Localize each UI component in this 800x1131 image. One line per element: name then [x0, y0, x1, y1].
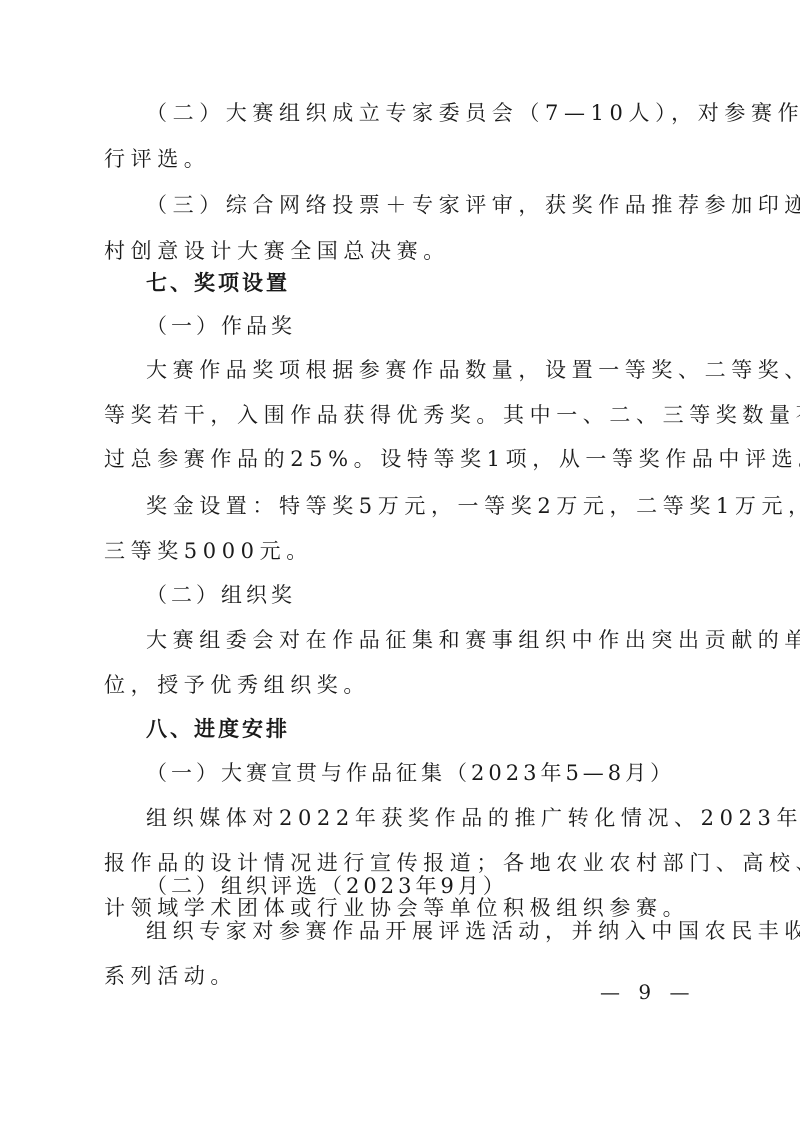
- subsection-heading: （二）组织评选（2023年9月）: [146, 873, 746, 899]
- subsection-heading: （一）作品奖: [146, 313, 746, 339]
- section-heading-7: 七、奖项设置: [146, 270, 746, 296]
- section-heading-8: 八、进度安排: [146, 716, 746, 742]
- document-page: （二）大赛组织成立专家委员会（7—10人），对参赛作品进 行评选。 （三）综合网…: [0, 0, 800, 1131]
- page-number: — 9 —: [600, 980, 695, 1004]
- paragraph-line: 位，授予优秀组织奖。: [104, 672, 704, 698]
- paragraph-line: 组织专家对参赛作品开展评选活动，并纳入中国农民丰收节: [146, 918, 746, 944]
- paragraph-line: 过总参赛作品的25%。设特等奖1项，从一等奖作品中评选。: [104, 446, 704, 472]
- paragraph-line: 三等奖5000元。: [104, 538, 704, 564]
- subsection-heading: （一）大赛宣贯与作品征集（2023年5—8月）: [146, 760, 746, 786]
- paragraph-line: 大赛组委会对在作品征集和赛事组织中作出突出贡献的单: [146, 627, 746, 653]
- paragraph-line: 奖金设置：特等奖5万元，一等奖2万元，二等奖1万元，: [146, 493, 746, 519]
- subsection-heading: （二）组织奖: [146, 582, 746, 608]
- paragraph-line: 村创意设计大赛全国总决赛。: [104, 238, 704, 264]
- paragraph-line: （二）大赛组织成立专家委员会（7—10人），对参赛作品进: [146, 100, 746, 126]
- paragraph-line: 行评选。: [104, 146, 704, 172]
- paragraph-line: （三）综合网络投票＋专家评审，获奖作品推荐参加印迹乡: [146, 192, 746, 218]
- paragraph-line: 大赛作品奖项根据参赛作品数量，设置一等奖、二等奖、三: [146, 357, 746, 383]
- paragraph-line: 等奖若干，入围作品获得优秀奖。其中一、二、三等奖数量不超: [104, 402, 704, 428]
- paragraph-line: 组织媒体对2022年获奖作品的推广转化情况、2023年拟申: [146, 805, 746, 831]
